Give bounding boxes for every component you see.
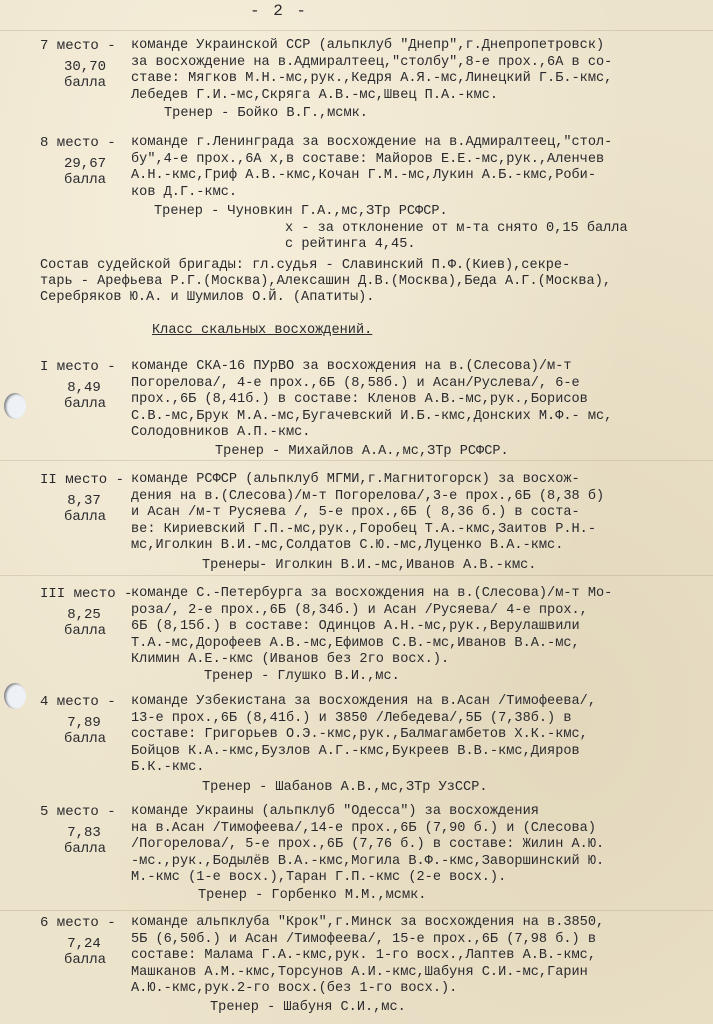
score: 7,83 балла xyxy=(64,825,104,857)
trainer: Тренер - Чуновкин Г.А.,мс,ЗТр РСФСР. xyxy=(154,204,448,219)
score-value: 30,70 xyxy=(64,59,104,75)
score-value: 8,49 xyxy=(64,380,104,396)
trainer: Тренер - Бойко В.Г.,мсмк. xyxy=(164,106,368,121)
fold-line xyxy=(0,460,713,461)
judging-panel: Состав судейской бригады: гл.судья - Сла… xyxy=(40,258,700,306)
page-number: - 2 - xyxy=(250,2,308,20)
score: 29,67 балла xyxy=(64,156,104,188)
score: 30,70 балла xyxy=(64,59,104,91)
team-description: команде Узбекистана за восхождения на в.… xyxy=(131,694,701,777)
team-description: команде СКА-16 ПУрВО за восхождения на в… xyxy=(131,359,701,442)
score-value: 29,67 xyxy=(64,156,104,172)
punch-hole xyxy=(4,683,26,709)
place-label: I место - xyxy=(40,359,116,375)
place-label: II место - xyxy=(40,472,124,488)
trainer: Тренеры- Иголкин В.И.-мс,Иванов А.В.-кмс… xyxy=(202,558,536,573)
score-value: 7,24 xyxy=(64,936,104,952)
score: 8,37 балла xyxy=(64,493,104,525)
score-unit: балла xyxy=(64,952,104,968)
score-unit: балла xyxy=(64,396,104,412)
place-label: 8 место - xyxy=(40,135,116,151)
trainer: Тренер - Глушко В.И.,мс. xyxy=(204,669,400,684)
score: 8,25 балла xyxy=(64,607,104,639)
score-value: 8,25 xyxy=(64,607,104,623)
score: 7,89 балла xyxy=(64,715,104,747)
footnote: х - за отклонение от м-та снято 0,15 бал… xyxy=(285,221,628,253)
trainer: Тренер - Шабанов А.В.,мс,ЗТр УзССР. xyxy=(202,780,488,795)
score-unit: балла xyxy=(64,509,104,525)
fold-line xyxy=(0,575,713,576)
team-description: команде г.Ленинграда за восхождение на в… xyxy=(131,135,701,201)
fold-line xyxy=(0,30,713,31)
score-value: 7,89 xyxy=(64,715,104,731)
score-value: 8,37 xyxy=(64,493,104,509)
trainer: Тренер - Шабуня С.И.,мс. xyxy=(210,1000,406,1015)
score-unit: балла xyxy=(64,731,104,747)
team-description: команде Украины (альпклуб "Одесса") за в… xyxy=(131,804,701,887)
trainer: Тренер - Горбенко М.М.,мсмк. xyxy=(198,888,426,903)
score-value: 7,83 xyxy=(64,825,104,841)
score-unit: балла xyxy=(64,623,104,639)
score-unit: балла xyxy=(64,172,104,188)
place-label: 7 место - xyxy=(40,38,116,54)
place-label: 5 место - xyxy=(40,804,116,820)
score-unit: балла xyxy=(64,75,104,91)
score-unit: балла xyxy=(64,841,104,857)
trainer: Тренер - Михайлов А.А.,мс,ЗТр РСФСР. xyxy=(215,444,509,459)
score: 7,24 балла xyxy=(64,936,104,968)
team-description: команде С.-Петербурга за восхождения на … xyxy=(131,586,701,669)
team-description: команде альпклуба "Крок",г.Минск за восх… xyxy=(131,915,701,998)
place-label: 6 место - xyxy=(40,915,116,931)
punch-hole xyxy=(4,393,26,419)
team-description: команде РСФСР (альпклуб МГМИ,г.Магнитого… xyxy=(131,472,701,555)
team-description: команде Украинской ССР (альпклуб "Днепр"… xyxy=(131,38,701,104)
score: 8,49 балла xyxy=(64,380,104,412)
fold-line xyxy=(0,910,713,911)
place-label: 4 место - xyxy=(40,694,116,710)
section-title: Класс скальных восхождений. xyxy=(152,323,372,338)
place-label: III место - xyxy=(40,586,132,602)
